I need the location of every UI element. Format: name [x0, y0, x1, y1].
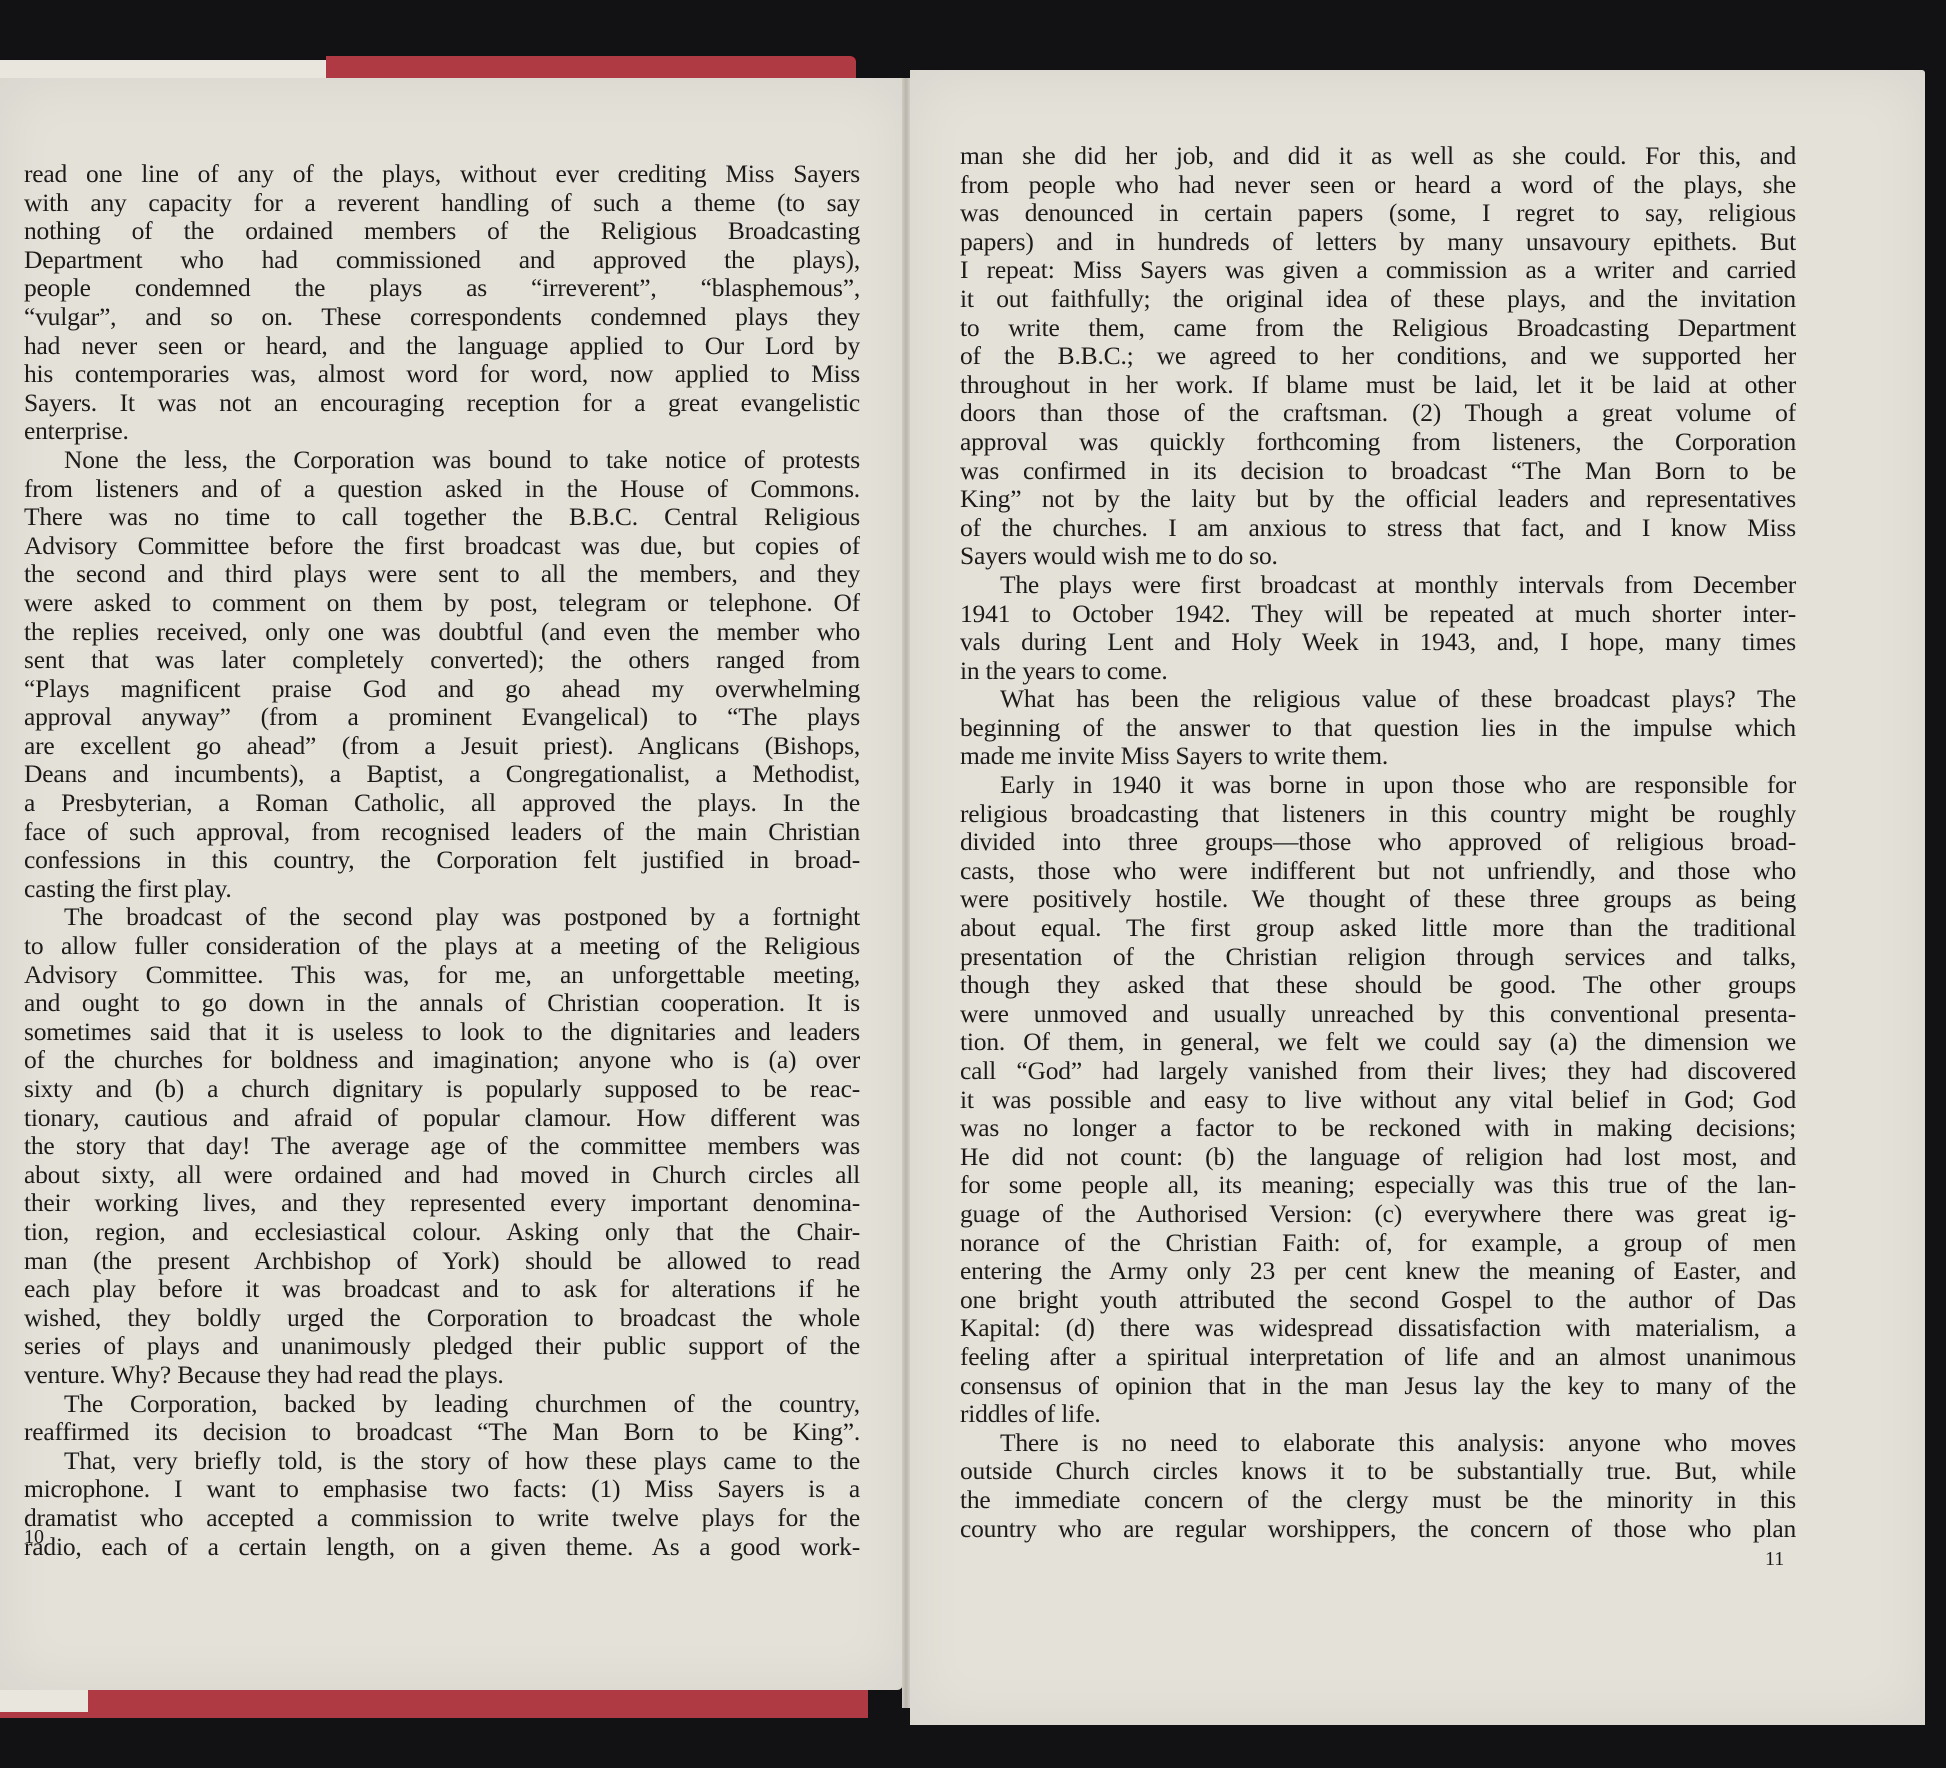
text-line: papers) and in hundreds of letters by ma…: [960, 228, 1796, 257]
text-line: doors than those of the craftsman. (2) T…: [960, 399, 1796, 428]
text-line: made me invite Miss Sayers to write them…: [960, 742, 1796, 771]
text-line: of the churches for boldness and imagina…: [24, 1046, 860, 1075]
text-line: it was possible and easy to live without…: [960, 1086, 1796, 1115]
text-line: for some people all, its meaning; especi…: [960, 1171, 1796, 1200]
text-line: reaffirmed its decision to broadcast “Th…: [24, 1418, 860, 1447]
text-line: He did not count: (b) the language of re…: [960, 1143, 1796, 1172]
text-line: guage of the Authorised Version: (c) eve…: [960, 1200, 1796, 1229]
text-line: Advisory Committee. This was, for me, an…: [24, 961, 860, 990]
text-line: tion, region, and ecclesiastical colour.…: [24, 1218, 860, 1247]
text-line: were asked to comment on them by post, t…: [24, 589, 860, 618]
text-line: Department who had commissioned and appr…: [24, 246, 860, 275]
text-line: man (the present Archbishop of York) sho…: [24, 1247, 860, 1276]
text-line: The broadcast of the second play was pos…: [24, 903, 860, 932]
text-line: call “God” had largely vanished from the…: [960, 1057, 1796, 1086]
text-line: casts, those who were indifferent but no…: [960, 857, 1796, 886]
text-line: about equal. The first group asked littl…: [960, 914, 1796, 943]
text-line: one bright youth attributed the second G…: [960, 1286, 1796, 1315]
text-line: enterprise.: [24, 417, 860, 446]
left-page: read one line of any of the plays, witho…: [0, 78, 903, 1690]
text-line: What has been the religious value of the…: [960, 685, 1796, 714]
text-line: dramatist who accepted a commission to w…: [24, 1504, 860, 1533]
text-line: it out faithfully; the original idea of …: [960, 285, 1796, 314]
text-line: venture. Why? Because they had read the …: [24, 1361, 860, 1390]
text-line: people condemned the plays as “irreveren…: [24, 274, 860, 303]
text-line: of the B.B.C.; we agreed to her conditio…: [960, 342, 1796, 371]
text-line: 1941 to October 1942. They will be repea…: [960, 600, 1796, 629]
text-line: Advisory Committee before the first broa…: [24, 532, 860, 561]
text-line: the replies received, only one was doubt…: [24, 618, 860, 647]
text-line: face of such approval, from recognised l…: [24, 818, 860, 847]
text-line: beginning of the answer to that question…: [960, 714, 1796, 743]
text-line: though they asked that these should be g…: [960, 971, 1796, 1000]
right-page: man she did her job, and did it as well …: [910, 70, 1925, 1725]
text-line: sometimes said that it is useless to loo…: [24, 1018, 860, 1047]
text-line: approval was quickly forthcoming from li…: [960, 428, 1796, 457]
text-line: confessions in this country, the Corpora…: [24, 846, 860, 875]
text-line: religious broadcasting that listeners in…: [960, 800, 1796, 829]
text-line: microphone. I want to emphasise two fact…: [24, 1475, 860, 1504]
text-line: read one line of any of the plays, witho…: [24, 160, 860, 189]
text-line: consensus of opinion that in the man Jes…: [960, 1372, 1796, 1401]
text-line: sent that was later completely converted…: [24, 646, 860, 675]
text-line: wished, they boldly urged the Corporatio…: [24, 1304, 860, 1333]
text-line: man she did her job, and did it as well …: [960, 142, 1796, 171]
text-line: the second and third plays were sent to …: [24, 560, 860, 589]
text-line: a Presbyterian, a Roman Catholic, all ap…: [24, 789, 860, 818]
text-line: was no longer a factor to be reckoned wi…: [960, 1114, 1796, 1143]
text-line: were positively hostile. We thought of t…: [960, 885, 1796, 914]
left-page-number: 10: [24, 1526, 44, 1549]
text-line: had never seen or heard, and the languag…: [24, 332, 860, 361]
right-page-number: 11: [1765, 1548, 1784, 1571]
text-line: tionary, cautious and afraid of popular …: [24, 1104, 860, 1133]
text-line: his contemporaries was, almost word for …: [24, 360, 860, 389]
text-line: country who are regular worshippers, the…: [960, 1515, 1796, 1544]
text-line: riddles of life.: [960, 1400, 1796, 1429]
text-line: The Corporation, backed by leading churc…: [24, 1390, 860, 1419]
text-line: the story that day! The average age of t…: [24, 1132, 860, 1161]
text-line: of the churches. I am anxious to stress …: [960, 514, 1796, 543]
text-line: “Plays magnificent praise God and go ahe…: [24, 675, 860, 704]
text-line: radio, each of a certain length, on a gi…: [24, 1533, 860, 1562]
text-line: There is no need to elaborate this analy…: [960, 1429, 1796, 1458]
left-page-text: read one line of any of the plays, witho…: [24, 160, 860, 1561]
text-line: That, very briefly told, is the story of…: [24, 1447, 860, 1476]
text-line: divided into three groups—those who appr…: [960, 828, 1796, 857]
text-line: each play before it was broadcast and to…: [24, 1275, 860, 1304]
text-line: vals during Lent and Holy Week in 1943, …: [960, 628, 1796, 657]
text-line: from people who had never seen or heard …: [960, 171, 1796, 200]
text-line: The plays were first broadcast at monthl…: [960, 571, 1796, 600]
text-line: King” not by the laity but by the offici…: [960, 485, 1796, 514]
text-line: were unmoved and usually unreached by th…: [960, 1000, 1796, 1029]
text-line: None the less, the Corporation was bound…: [24, 446, 860, 475]
text-line: approval anyway” (from a prominent Evang…: [24, 703, 860, 732]
text-line: are excellent go ahead” (from a Jesuit p…: [24, 732, 860, 761]
text-line: norance of the Christian Faith: of, for …: [960, 1229, 1796, 1258]
text-line: Kapital: (d) there was widespread dissat…: [960, 1314, 1796, 1343]
text-line: throughout in her work. If blame must be…: [960, 371, 1796, 400]
text-line: was confirmed in its decision to broadca…: [960, 457, 1796, 486]
text-line: and ought to go down in the annals of Ch…: [24, 989, 860, 1018]
text-line: series of plays and unanimously pledged …: [24, 1332, 860, 1361]
text-line: I repeat: Miss Sayers was given a commis…: [960, 256, 1796, 285]
text-line: presentation of the Christian religion t…: [960, 943, 1796, 972]
text-line: to write them, came from the Religious B…: [960, 314, 1796, 343]
text-line: about sixty, all were ordained and had m…: [24, 1161, 860, 1190]
right-page-text: man she did her job, and did it as well …: [960, 142, 1796, 1543]
text-line: There was no time to call together the B…: [24, 503, 860, 532]
text-line: outside Church circles knows it to be su…: [960, 1457, 1796, 1486]
text-line: Early in 1940 it was borne in upon those…: [960, 771, 1796, 800]
text-line: with any capacity for a reverent handlin…: [24, 189, 860, 218]
text-line: tion. Of them, in general, we felt we co…: [960, 1028, 1796, 1057]
text-line: Sayers. It was not an encouraging recept…: [24, 389, 860, 418]
text-line: feeling after a spiritual interpretation…: [960, 1343, 1796, 1372]
text-line: nothing of the ordained members of the R…: [24, 217, 860, 246]
text-line: was denounced in certain papers (some, I…: [960, 199, 1796, 228]
text-line: Sayers would wish me to do so.: [960, 542, 1796, 571]
text-line: their working lives, and they represente…: [24, 1189, 860, 1218]
text-line: sixty and (b) a church dignitary is popu…: [24, 1075, 860, 1104]
text-line: Deans and incumbents), a Baptist, a Cong…: [24, 760, 860, 789]
text-line: the immediate concern of the clergy must…: [960, 1486, 1796, 1515]
text-line: “vulgar”, and so on. These correspondent…: [24, 303, 860, 332]
text-line: entering the Army only 23 per cent knew …: [960, 1257, 1796, 1286]
text-line: in the years to come.: [960, 657, 1796, 686]
text-line: casting the first play.: [24, 875, 860, 904]
text-line: from listeners and of a question asked i…: [24, 475, 860, 504]
text-line: to allow fuller consideration of the pla…: [24, 932, 860, 961]
